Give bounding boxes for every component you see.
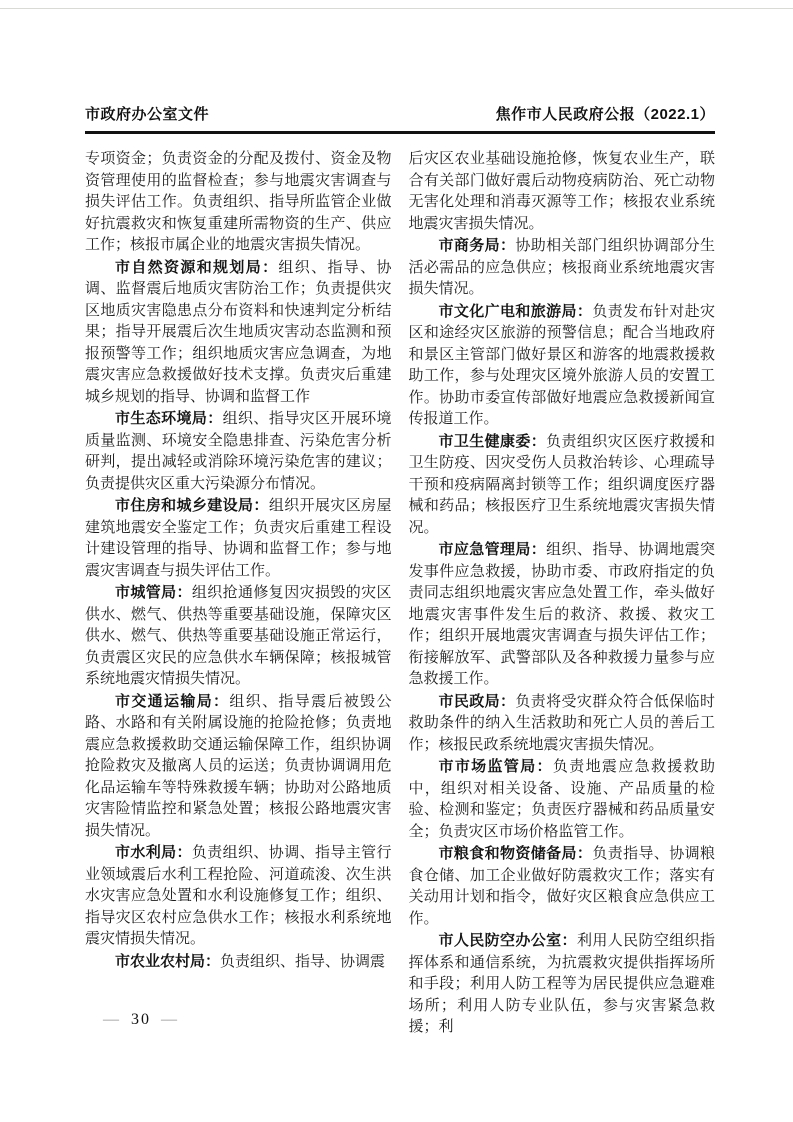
paragraph: 市生态环境局：组织、指导灾区开展环境质量监测、环境安全隐患排查、污染危害分析研判… (85, 408, 392, 495)
page-number-value: 30 (131, 1011, 151, 1028)
paragraph: 后灾区农业基础设施抢修，恢复农业生产，联合有关部门做好震后动物疫病防治、死亡动物… (409, 149, 716, 235)
department-name: 市生态环境局： (115, 410, 223, 427)
page-number-dash-right: — (161, 1011, 179, 1028)
page-content: 市政府办公室文件 焦作市人民政府公报（2022.1） 专项资金；负责资金的分配及… (85, 103, 715, 1039)
department-name: 市自然资源和规划局： (115, 259, 278, 276)
two-column-body: 专项资金；负责资金的分配及拨付、资金及物资管理使用的监督检查；参与地震灾害调查与… (85, 149, 715, 1039)
department-name: 市商务局： (439, 237, 516, 254)
department-name: 市水利局： (115, 844, 192, 861)
department-name: 市市场监管局： (439, 758, 553, 775)
paragraph: 市商务局：协助相关部门组织协调部分生活必需品的应急供应；核报商业系统地震灾害损失… (409, 235, 716, 301)
paragraph: 市自然资源和规划局：组织、指导、协调、监督震后地质灾害防治工作；负责提供灾区地质… (85, 257, 392, 409)
paragraph: 市交通运输局：组织、指导震后被毁公路、水路和有关附属设施的抢险抢修；负责地震应急… (85, 691, 392, 843)
department-name: 市应急管理局： (439, 541, 547, 558)
department-name: 市住房和城乡建设局： (115, 497, 269, 514)
column-right: 后灾区农业基础设施抢修，恢复农业生产，联合有关部门做好震后动物疫病防治、死亡动物… (409, 149, 716, 1039)
paragraph: 专项资金；负责资金的分配及拨付、资金及物资管理使用的监督检查；参与地震灾害调查与… (85, 149, 392, 257)
paragraph: 市卫生健康委：负责组织灾区医疗救援和卫生防疫、因灾受伤人员救治转诊、心理疏导干预… (409, 431, 716, 540)
department-name: 市文化广电和旅游局： (439, 303, 593, 320)
page-number: — 30 — (103, 1011, 179, 1029)
paragraph: 市住房和城乡建设局：组织开展灾区房屋建筑地震安全鉴定工作；负责灾后重建工程设计建… (85, 495, 392, 582)
paragraph: 市城管局：组织抢通修复因灾损毁的灾区供水、燃气、供热等重要基础设施，保障灾区供水… (85, 582, 392, 691)
department-name: 市人民防空办公室： (439, 932, 577, 949)
department-name: 市交通运输局： (115, 693, 229, 710)
paragraph: 市文化广电和旅游局：负责发布针对赴灾区和途经灾区旅游的预警信息；配合当地政府和景… (409, 301, 716, 431)
paragraph: 市水利局：负责组织、协调、指导主管行业领域震后水利工程抢险、河道疏浚、次生洪水灾… (85, 842, 392, 951)
page-number-dash-left: — (103, 1011, 121, 1028)
document-page: 市政府办公室文件 焦作市人民政府公报（2022.1） 专项资金；负责资金的分配及… (0, 0, 793, 1122)
header-right-title: 焦作市人民政府公报（2022.1） (496, 103, 715, 124)
column-left: 专项资金；负责资金的分配及拨付、资金及物资管理使用的监督检查；参与地震灾害调查与… (85, 149, 392, 1039)
department-name: 市民政局： (439, 693, 516, 710)
department-name: 市城管局： (115, 584, 192, 601)
page-header: 市政府办公室文件 焦作市人民政府公报（2022.1） (85, 103, 715, 124)
paragraph: 市粮食和物资储备局：负责指导、协调粮食仓储、加工企业做好防震救灾工作；落实有关动… (409, 843, 716, 930)
department-name: 市卫生健康委： (439, 433, 547, 450)
paragraph: 市人民防空办公室：利用人民防空组织指挥体系和通信系统，为抗震救灾提供指挥场所和手… (409, 930, 716, 1039)
header-rule (85, 131, 715, 134)
department-name: 市农业农村局： (115, 953, 220, 970)
paragraph: 市民政局：负责将受灾群众符合低保临时救助条件的纳入生活救助和死亡人员的善后工作；… (409, 691, 716, 757)
department-name: 市粮食和物资储备局： (439, 845, 593, 862)
header-left-title: 市政府办公室文件 (85, 103, 209, 124)
paragraph: 市农业农村局：负责组织、指导、协调震 (85, 951, 392, 974)
scan-edge (0, 8, 793, 9)
paragraph: 市市场监管局：负责地震应急救援救助中，组织对相关设备、设施、产品质量的检验、检测… (409, 756, 716, 843)
paragraph: 市应急管理局：组织、指导、协调地震突发事件应急救援，协助市委、市政府指定的负责同… (409, 539, 716, 691)
